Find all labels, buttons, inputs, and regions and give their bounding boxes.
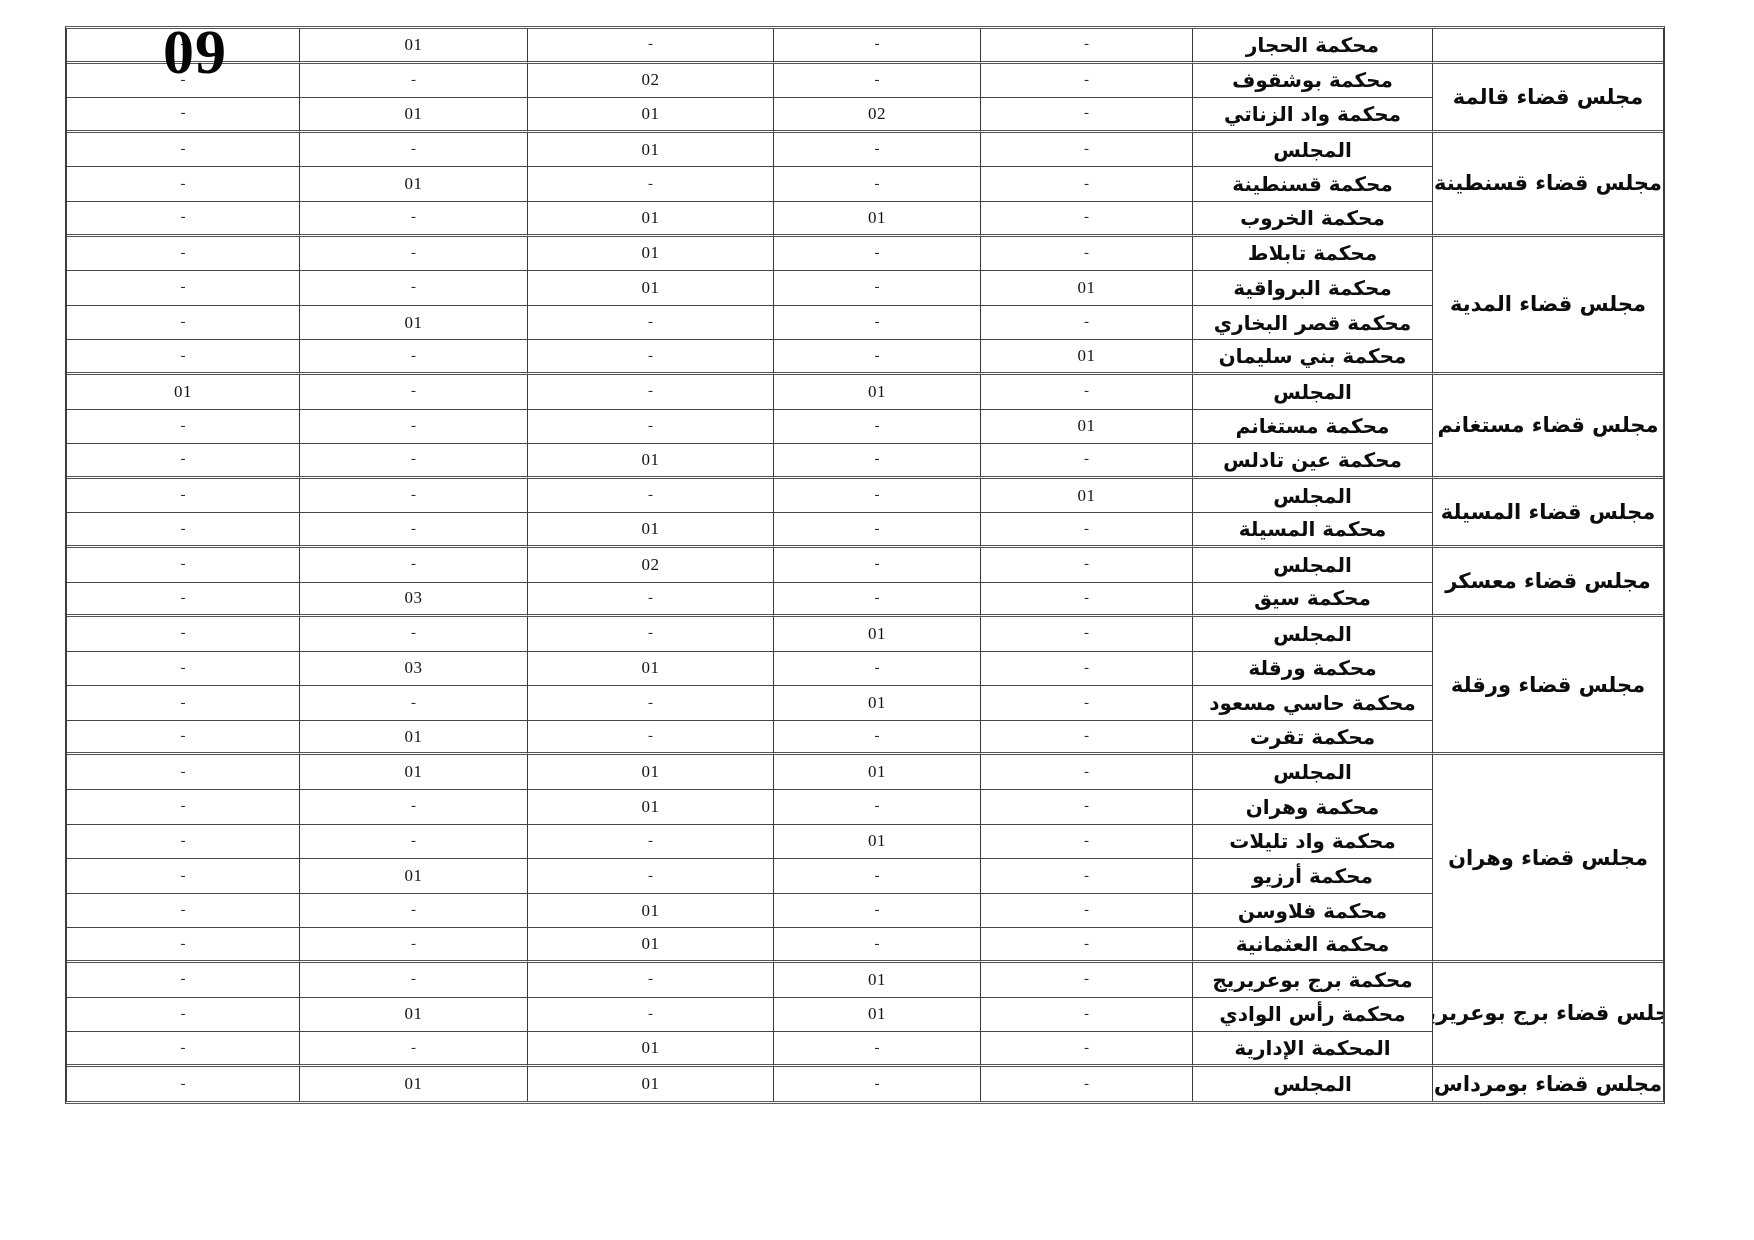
empty-count-dash: - (1084, 141, 1089, 158)
court-name-cell: محكمة حاسي مسعود (1193, 686, 1433, 721)
count-cell: - (300, 548, 528, 583)
count-cell: - (300, 340, 528, 375)
count-cell: - (528, 410, 774, 445)
empty-count-dash: - (1084, 556, 1089, 573)
court-name-cell: المجلس (1193, 479, 1433, 514)
count-cell: - (981, 686, 1193, 721)
council-name-cell: مجلس قضاء مستغانم (1433, 375, 1663, 479)
council-name-cell: مجلس قضاء المسيلة (1433, 479, 1663, 548)
count-cell: - (981, 513, 1193, 548)
empty-count-dash: - (181, 451, 186, 468)
count-cell: - (300, 825, 528, 860)
empty-count-dash: - (181, 625, 186, 642)
count-cell: - (774, 928, 981, 963)
count-cell: - (67, 237, 300, 272)
court-name-cell: محكمة أرزيو (1193, 859, 1433, 894)
count-value: 01 (642, 519, 660, 539)
empty-count-dash: - (648, 971, 653, 988)
court-name-cell: المجلس (1193, 548, 1433, 583)
count-cell: - (67, 1067, 300, 1102)
court-name-cell: محكمة الحجار (1193, 29, 1433, 64)
count-cell: - (774, 790, 981, 825)
count-cell: 02 (528, 548, 774, 583)
count-cell: - (300, 202, 528, 237)
count-cell: - (774, 410, 981, 445)
empty-count-dash: - (1084, 936, 1089, 953)
count-cell: 01 (300, 306, 528, 341)
count-cell: 01 (528, 271, 774, 306)
count-cell: 01 (981, 340, 1193, 375)
court-name-cell: المحكمة الإدارية (1193, 1032, 1433, 1067)
count-cell: - (981, 721, 1193, 756)
empty-count-dash: - (181, 728, 186, 745)
count-cell: - (981, 1032, 1193, 1067)
empty-count-dash: - (181, 209, 186, 226)
count-cell: 01 (528, 790, 774, 825)
judicial-appointments-table: -01---محكمة الحجار--02--محكمة بوشقوف-010… (65, 26, 1665, 1104)
empty-count-dash: - (875, 902, 880, 919)
council-name-cell: مجلس قضاء بومرداس (1433, 1067, 1663, 1102)
empty-count-dash: - (411, 279, 416, 296)
empty-count-dash: - (181, 936, 186, 953)
count-cell: 01 (300, 29, 528, 64)
empty-count-dash: - (1084, 868, 1089, 885)
count-value: 01 (868, 970, 886, 990)
count-cell: - (981, 859, 1193, 894)
empty-count-dash: - (411, 521, 416, 538)
count-cell: - (300, 928, 528, 963)
count-cell: - (774, 133, 981, 168)
count-cell: - (981, 790, 1193, 825)
count-cell: - (528, 859, 774, 894)
empty-count-dash: - (875, 141, 880, 158)
count-cell: - (67, 410, 300, 445)
count-value: 01 (405, 866, 423, 886)
count-cell: - (981, 583, 1193, 618)
count-value: 01 (642, 140, 660, 160)
count-cell: - (774, 513, 981, 548)
count-cell: - (528, 479, 774, 514)
empty-count-dash: - (875, 451, 880, 468)
count-cell: - (300, 963, 528, 998)
empty-count-dash: - (875, 487, 880, 504)
count-value: 01 (405, 727, 423, 747)
count-cell: - (300, 410, 528, 445)
court-name-cell: محكمة قصر البخاري (1193, 306, 1433, 341)
count-value: 01 (1078, 278, 1096, 298)
count-cell: 01 (300, 167, 528, 202)
empty-count-dash: - (181, 971, 186, 988)
count-value: 01 (868, 762, 886, 782)
empty-count-dash: - (181, 487, 186, 504)
empty-count-dash: - (411, 141, 416, 158)
count-value: 01 (642, 934, 660, 954)
empty-count-dash: - (648, 625, 653, 642)
court-name-cell: محكمة واد الزناتي (1193, 98, 1433, 133)
count-cell: - (981, 1067, 1193, 1102)
count-value: 02 (642, 555, 660, 575)
empty-count-dash: - (875, 348, 880, 365)
council-name-cell: مجلس قضاء وهران (1433, 755, 1663, 963)
count-value: 01 (642, 1038, 660, 1058)
empty-count-dash: - (411, 348, 416, 365)
empty-count-dash: - (411, 209, 416, 226)
court-name-cell: محكمة رأس الوادي (1193, 998, 1433, 1033)
empty-count-dash: - (875, 728, 880, 745)
court-name-cell: المجلس (1193, 1067, 1433, 1102)
empty-count-dash: - (181, 245, 186, 262)
empty-count-dash: - (181, 348, 186, 365)
empty-count-dash: - (1084, 1006, 1089, 1023)
court-name-cell: محكمة قسنطينة (1193, 167, 1433, 202)
count-cell: - (67, 444, 300, 479)
empty-count-dash: - (411, 487, 416, 504)
count-cell: 01 (774, 998, 981, 1033)
count-cell: - (67, 721, 300, 756)
court-name-cell: محكمة بني سليمان (1193, 340, 1433, 375)
empty-count-dash: - (1084, 1040, 1089, 1057)
count-cell: 01 (528, 202, 774, 237)
count-cell: - (981, 998, 1193, 1033)
count-cell: 01 (981, 271, 1193, 306)
empty-count-dash: - (411, 936, 416, 953)
count-value: 01 (868, 831, 886, 851)
count-cell: 01 (528, 1032, 774, 1067)
count-cell: - (981, 133, 1193, 168)
empty-count-dash: - (411, 72, 416, 89)
count-cell: - (981, 167, 1193, 202)
count-cell: - (67, 98, 300, 133)
count-cell: - (774, 237, 981, 272)
empty-count-dash: - (648, 418, 653, 435)
count-cell: - (300, 375, 528, 410)
court-name-cell: محكمة المسيلة (1193, 513, 1433, 548)
count-cell: - (981, 963, 1193, 998)
count-cell: - (300, 617, 528, 652)
count-value: 01 (868, 624, 886, 644)
count-cell: - (300, 790, 528, 825)
empty-count-dash: - (1084, 798, 1089, 815)
empty-count-dash: - (1084, 105, 1089, 122)
court-name-cell: المجلس (1193, 617, 1433, 652)
empty-count-dash: - (1084, 521, 1089, 538)
count-cell: 01 (300, 1067, 528, 1102)
count-cell: - (774, 894, 981, 929)
empty-count-dash: - (875, 245, 880, 262)
count-cell: - (67, 202, 300, 237)
count-value: 01 (1078, 486, 1096, 506)
empty-count-dash: - (411, 833, 416, 850)
count-cell: 01 (300, 998, 528, 1033)
court-name-cell: محكمة عين تادلس (1193, 444, 1433, 479)
count-value: 01 (1078, 346, 1096, 366)
count-cell: 01 (300, 98, 528, 133)
count-value: 01 (642, 762, 660, 782)
empty-count-dash: - (1084, 590, 1089, 607)
count-cell: - (67, 790, 300, 825)
count-cell: 01 (528, 652, 774, 687)
count-value: 01 (642, 797, 660, 817)
empty-count-dash: - (411, 971, 416, 988)
court-name-cell: محكمة فلاوسن (1193, 894, 1433, 929)
empty-count-dash: - (181, 521, 186, 538)
count-cell: - (774, 1032, 981, 1067)
empty-count-dash: - (648, 868, 653, 885)
count-cell: - (67, 548, 300, 583)
empty-count-dash: - (875, 868, 880, 885)
court-name-cell: المجلس (1193, 375, 1433, 410)
empty-count-dash: - (181, 1076, 186, 1093)
count-cell: - (774, 340, 981, 375)
empty-count-dash: - (181, 279, 186, 296)
count-cell: - (981, 652, 1193, 687)
count-cell: 01 (300, 721, 528, 756)
empty-count-dash: - (648, 348, 653, 365)
count-cell: - (528, 306, 774, 341)
empty-count-dash: - (181, 105, 186, 122)
empty-count-dash: - (181, 660, 186, 677)
count-cell: 03 (300, 652, 528, 687)
count-cell: - (774, 444, 981, 479)
count-cell: - (774, 64, 981, 99)
empty-count-dash: - (648, 383, 653, 400)
count-cell: - (981, 202, 1193, 237)
count-cell: - (67, 617, 300, 652)
empty-count-dash: - (181, 1006, 186, 1023)
empty-count-dash: - (1084, 1076, 1089, 1093)
empty-count-dash: - (411, 695, 416, 712)
court-name-cell: محكمة سيق (1193, 583, 1433, 618)
count-cell: 01 (774, 375, 981, 410)
court-name-cell: محكمة برج بوعريريج (1193, 963, 1433, 998)
count-cell: - (981, 548, 1193, 583)
count-cell: 01 (528, 894, 774, 929)
count-cell: - (981, 98, 1193, 133)
count-cell: - (67, 513, 300, 548)
count-value: 03 (405, 658, 423, 678)
empty-count-dash: - (181, 695, 186, 712)
count-cell: - (67, 859, 300, 894)
count-cell: - (300, 894, 528, 929)
count-value: 01 (642, 658, 660, 678)
empty-count-dash: - (1084, 72, 1089, 89)
count-cell: - (528, 340, 774, 375)
empty-count-dash: - (648, 1006, 653, 1023)
count-value: 01 (642, 1074, 660, 1094)
count-cell: - (981, 617, 1193, 652)
empty-count-dash: - (411, 902, 416, 919)
count-value: 01 (405, 35, 423, 55)
count-value: 01 (405, 313, 423, 333)
count-cell: - (774, 583, 981, 618)
count-value: 01 (405, 104, 423, 124)
count-cell: - (67, 306, 300, 341)
count-cell: 01 (774, 825, 981, 860)
empty-count-dash: - (181, 556, 186, 573)
count-cell: - (981, 64, 1193, 99)
count-value: 01 (405, 1004, 423, 1024)
empty-count-dash: - (1084, 728, 1089, 745)
count-cell: - (67, 894, 300, 929)
empty-count-dash: - (875, 798, 880, 815)
council-name-cell: مجلس قضاء قالمة (1433, 64, 1663, 133)
empty-count-dash: - (875, 314, 880, 331)
count-cell: - (774, 859, 981, 894)
empty-count-dash: - (648, 833, 653, 850)
empty-count-dash: - (1084, 383, 1089, 400)
count-cell: - (528, 721, 774, 756)
count-value: 01 (642, 278, 660, 298)
court-name-cell: المجلس (1193, 133, 1433, 168)
count-cell: 01 (528, 98, 774, 133)
empty-count-dash: - (1084, 36, 1089, 53)
council-name-cell: مجلس قضاء معسكر (1433, 548, 1663, 617)
count-cell: - (774, 1067, 981, 1102)
empty-count-dash: - (181, 176, 186, 193)
count-cell: 01 (774, 755, 981, 790)
empty-count-dash: - (648, 695, 653, 712)
empty-count-dash: - (411, 625, 416, 642)
count-cell: - (300, 1032, 528, 1067)
count-cell: - (528, 29, 774, 64)
court-name-cell: محكمة العثمانية (1193, 928, 1433, 963)
empty-count-dash: - (1084, 209, 1089, 226)
count-cell: - (981, 306, 1193, 341)
count-cell: - (774, 167, 981, 202)
count-cell: - (528, 825, 774, 860)
count-cell: - (981, 375, 1193, 410)
empty-count-dash: - (181, 764, 186, 781)
count-cell: 01 (528, 444, 774, 479)
court-name-cell: المجلس (1193, 755, 1433, 790)
empty-count-dash: - (648, 487, 653, 504)
empty-count-dash: - (411, 1040, 416, 1057)
count-cell: - (528, 686, 774, 721)
empty-count-dash: - (181, 141, 186, 158)
empty-count-dash: - (648, 590, 653, 607)
empty-count-dash: - (181, 868, 186, 885)
count-cell: - (774, 652, 981, 687)
council-name-cell: مجلس قضاء قسنطينة (1433, 133, 1663, 237)
count-cell: - (67, 133, 300, 168)
count-cell: - (67, 652, 300, 687)
count-value: 03 (405, 588, 423, 608)
empty-count-dash: - (181, 798, 186, 815)
empty-count-dash: - (875, 1076, 880, 1093)
count-value: 01 (642, 208, 660, 228)
count-cell: - (300, 513, 528, 548)
count-value: 02 (642, 70, 660, 90)
court-name-cell: محكمة ورقلة (1193, 652, 1433, 687)
count-cell: 01 (774, 617, 981, 652)
count-value: 01 (174, 382, 192, 402)
scanned-document-page: 09 -01---محكمة الحجار--02--محكمة بوشقوف-… (0, 0, 1754, 1240)
count-cell: 01 (981, 410, 1193, 445)
empty-count-dash: - (181, 1040, 186, 1057)
count-value: 01 (642, 901, 660, 921)
count-cell: - (774, 29, 981, 64)
count-cell: 01 (981, 479, 1193, 514)
count-cell: - (774, 479, 981, 514)
count-cell: 01 (67, 375, 300, 410)
count-cell: - (528, 998, 774, 1033)
court-name-cell: محكمة الخروب (1193, 202, 1433, 237)
count-cell: - (67, 583, 300, 618)
empty-count-dash: - (1084, 314, 1089, 331)
council-name-cell: مجلس قضاء ورقلة (1433, 617, 1663, 755)
empty-count-dash: - (181, 590, 186, 607)
count-cell: - (300, 237, 528, 272)
empty-count-dash: - (875, 660, 880, 677)
court-name-cell: محكمة واد تليلات (1193, 825, 1433, 860)
court-name-cell: محكمة البرواقية (1193, 271, 1433, 306)
empty-count-dash: - (1084, 695, 1089, 712)
count-cell: - (981, 29, 1193, 64)
count-cell: - (300, 444, 528, 479)
empty-count-dash: - (875, 556, 880, 573)
council-name-cell: مجلس قضاء برج بوعريريج (1433, 963, 1663, 1067)
empty-count-dash: - (875, 1040, 880, 1057)
count-cell: 02 (774, 98, 981, 133)
court-name-cell: محكمة مستغانم (1193, 410, 1433, 445)
count-cell: - (774, 721, 981, 756)
count-cell: 01 (528, 1067, 774, 1102)
empty-count-dash: - (1084, 245, 1089, 262)
empty-count-dash: - (1084, 451, 1089, 468)
count-cell: - (300, 133, 528, 168)
empty-count-dash: - (875, 418, 880, 435)
count-cell: - (528, 963, 774, 998)
page-number: 09 (163, 22, 227, 84)
count-cell: - (774, 306, 981, 341)
count-cell: - (67, 963, 300, 998)
empty-count-dash: - (181, 418, 186, 435)
empty-count-dash: - (648, 314, 653, 331)
count-cell: - (981, 894, 1193, 929)
empty-count-dash: - (1084, 971, 1089, 988)
empty-count-dash: - (875, 521, 880, 538)
count-cell: - (67, 755, 300, 790)
count-cell: 01 (774, 963, 981, 998)
empty-count-dash: - (411, 418, 416, 435)
empty-count-dash: - (411, 383, 416, 400)
count-cell: - (300, 686, 528, 721)
count-cell: - (67, 928, 300, 963)
empty-count-dash: - (875, 72, 880, 89)
count-value: 01 (868, 1004, 886, 1024)
count-cell: 01 (300, 859, 528, 894)
count-cell: - (774, 548, 981, 583)
court-name-cell: محكمة تابلاط (1193, 237, 1433, 272)
count-cell: - (774, 271, 981, 306)
court-name-cell: محكمة بوشقوف (1193, 64, 1433, 99)
empty-count-dash: - (181, 902, 186, 919)
empty-count-dash: - (875, 36, 880, 53)
empty-count-dash: - (181, 833, 186, 850)
council-empty-cell (1433, 29, 1663, 64)
count-cell: - (981, 237, 1193, 272)
empty-count-dash: - (875, 176, 880, 193)
count-cell: - (528, 617, 774, 652)
empty-count-dash: - (411, 556, 416, 573)
count-cell: - (528, 167, 774, 202)
count-cell: - (981, 755, 1193, 790)
council-name-cell: مجلس قضاء المدية (1433, 237, 1663, 375)
count-cell: - (67, 271, 300, 306)
count-cell: - (67, 998, 300, 1033)
count-cell: 01 (528, 755, 774, 790)
count-cell: - (528, 375, 774, 410)
